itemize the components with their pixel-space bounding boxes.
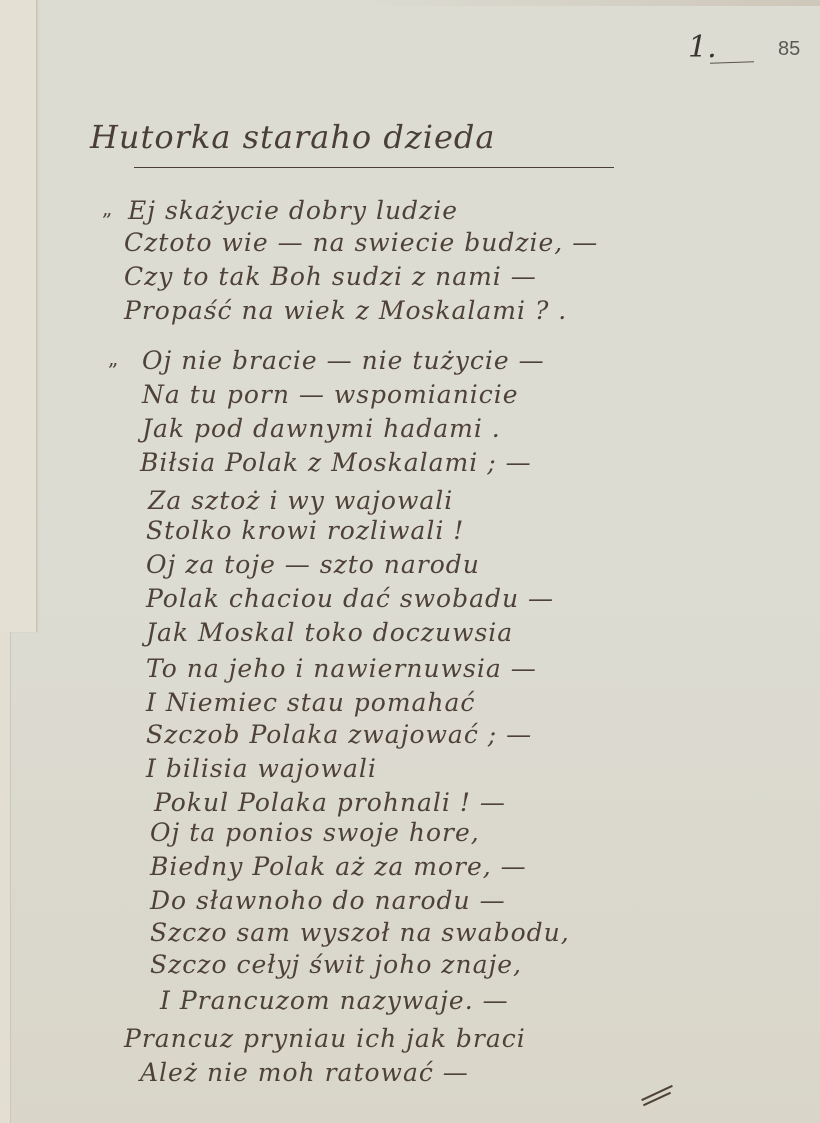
poem-line: Cztoto wie — na swiecie budzie, — [124, 228, 598, 257]
poem-line: Oj za toje — szto narodu [146, 550, 480, 579]
poem-line: Za sztoż i wy wajowali [148, 486, 453, 515]
poem-title: Hutorka staraho dzieda [90, 118, 495, 156]
poem-line: Oj nie bracie — nie tużycie — [142, 346, 545, 375]
poem-line: Stolko krowi rozliwali ! [146, 516, 464, 545]
poem-line: Propaść na wiek z Moskalami ? . [124, 296, 567, 325]
poem-line: Pokul Polaka prohnali ! — [154, 788, 506, 817]
manuscript-page: 1. 85 Hutorka staraho dzieda „ „ Ej skaż… [0, 0, 820, 1123]
stanza-quote-mark: „ [102, 196, 112, 220]
title-underline [134, 167, 614, 168]
poem-line: I bilisia wajowali [146, 754, 377, 783]
poem-line: Ej skażycie dobry ludzie [128, 196, 458, 225]
poem-line: Do sławnoho do narodu — [150, 886, 506, 915]
folio-mark: 1. [688, 30, 717, 65]
poem-line: Szczo sam wyszoł na swabodu, [150, 918, 570, 947]
poem-line: Na tu porn — wspomianicie [142, 380, 519, 409]
adjacent-page-edge [0, 0, 37, 632]
poem-line: Biłsia Polak z Moskalami ; — [140, 448, 532, 477]
poem-line: Jak Moskal toko doczuwsia [146, 618, 513, 647]
poem-line: Jak pod dawnymi hadami . [142, 414, 501, 443]
poem-line: Ależ nie moh ratować — [140, 1058, 469, 1087]
paper-stain [360, 0, 820, 6]
poem-line: To na jeho i nawiernuwsia — [146, 654, 537, 683]
page-binding-edge [0, 632, 11, 1123]
poem-line: I Prancuzom nazywaje. — [160, 986, 509, 1015]
poem-line: Szczob Polaka zwajować ; — [146, 720, 532, 749]
poem-line: Biedny Polak aż za more, — [150, 852, 527, 881]
poem-line: Czy to tak Boh sudzi z nami — [124, 262, 537, 291]
page-number: 85 [778, 38, 800, 61]
stanza-quote-mark: „ [108, 346, 118, 370]
poem-line: I Niemiec stau pomahać [146, 688, 475, 717]
folio-underline [710, 61, 754, 64]
poem-line: Prancuz pryniau ich jak braci [124, 1024, 526, 1053]
poem-line: Polak chaciou dać swobadu — [146, 584, 554, 613]
poem-line: Oj ta ponios swoje hore, [150, 818, 480, 847]
poem-line: Szczo cełyj świt joho znaje, [150, 950, 522, 979]
